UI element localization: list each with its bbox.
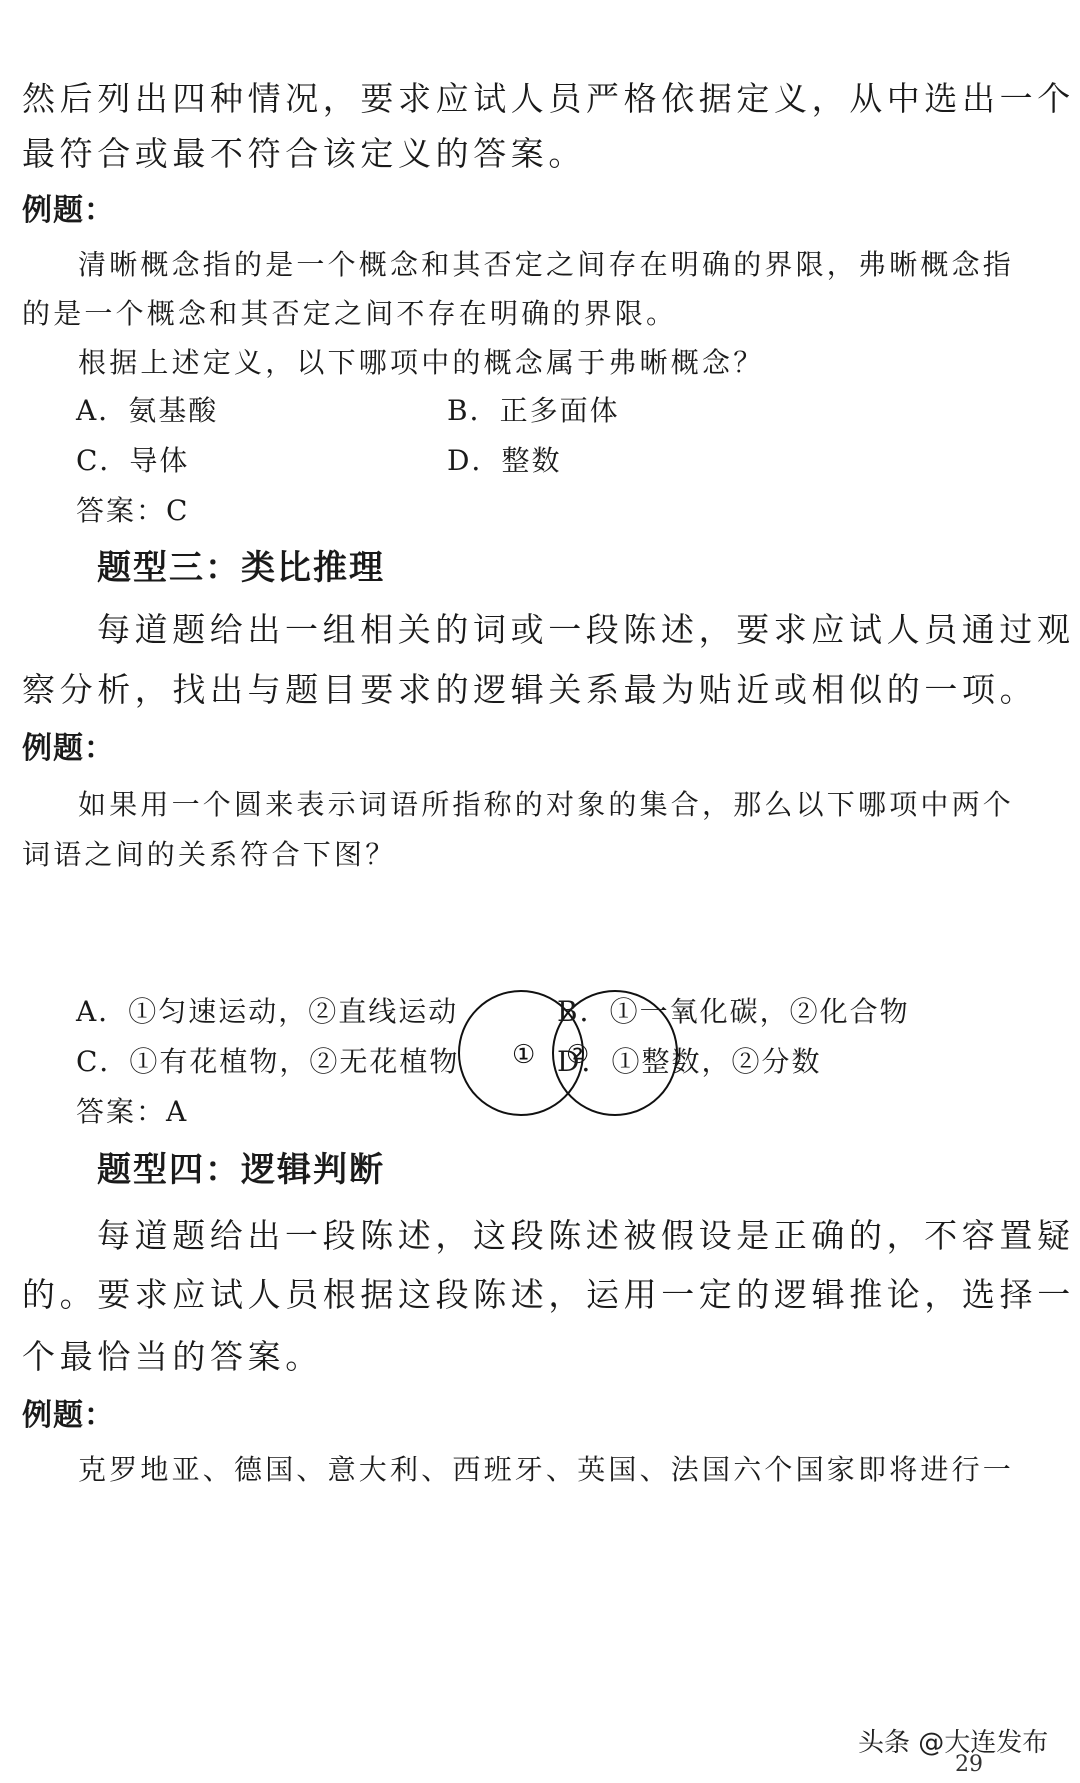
section4-example-label: 例题： (22, 1401, 115, 1431)
example1-stem-line-1: 清晰概念指的是一个概念和其否定之间存在明确的界限，弗晰概念指 (78, 251, 1014, 279)
section3-heading: 题型三：类比推理 (97, 551, 385, 585)
example1-option-b: B．正多面体 (447, 397, 620, 425)
section3-option-d: D．①整数，②分数 (557, 1048, 821, 1076)
section3-question-line-2: 词语之间的关系符合下图？ (22, 841, 396, 869)
section4-desc-line-3: 个最恰当的答案。 (22, 1340, 323, 1373)
section3-desc-line-2: 察分析，找出与题目要求的逻辑关系最为贴近或相似的一项。 (22, 673, 1037, 706)
example1-option-d: D．整数 (447, 447, 561, 475)
example-label: 例题： (22, 196, 115, 226)
section3-question-line-1: 如果用一个圆来表示词语所指称的对象的集合，那么以下哪项中两个 (78, 791, 1014, 819)
section3-option-b: B．①一氧化碳，②化合物 (557, 998, 910, 1026)
example1-question: 根据上述定义，以下哪项中的概念属于弗晰概念？ (78, 349, 764, 377)
section4-desc-line-2: 的。要求应试人员根据这段陈述，运用一定的逻辑推论，选择一 (22, 1278, 1075, 1311)
section3-example-label: 例题： (22, 734, 115, 764)
section3-option-c: C．①有花植物，②无花植物 (76, 1048, 459, 1076)
example1-answer: 答案：C (76, 497, 189, 525)
section4-desc-line-1: 每道题给出一段陈述，这段陈述被假设是正确的，不容置疑 (97, 1219, 1075, 1252)
section4-stem-line: 克罗地亚、德国、意大利、西班牙、英国、法国六个国家即将进行一 (78, 1456, 1014, 1484)
section3-answer: 答案：A (76, 1098, 188, 1126)
section3-desc-line-1: 每道题给出一组相关的词或一段陈述，要求应试人员通过观 (97, 613, 1075, 646)
section3-option-a: A．①匀速运动，②直线运动 (76, 998, 458, 1026)
intro-line-1: 然后列出四种情况，要求应试人员严格依据定义，从中选出一个 (22, 82, 1075, 115)
section4-heading: 题型四：逻辑判断 (97, 1153, 385, 1187)
intro-line-2: 最符合或最不符合该定义的答案。 (22, 137, 586, 170)
example1-option-a: A．氨基酸 (76, 397, 218, 425)
example1-stem-line-2: 的是一个概念和其否定之间不存在明确的界限。 (22, 300, 677, 328)
example1-option-c: C．导体 (76, 447, 189, 475)
watermark: 头条 @大连发布 (858, 1722, 1048, 1759)
circle-1-label: ① (512, 1040, 535, 1070)
